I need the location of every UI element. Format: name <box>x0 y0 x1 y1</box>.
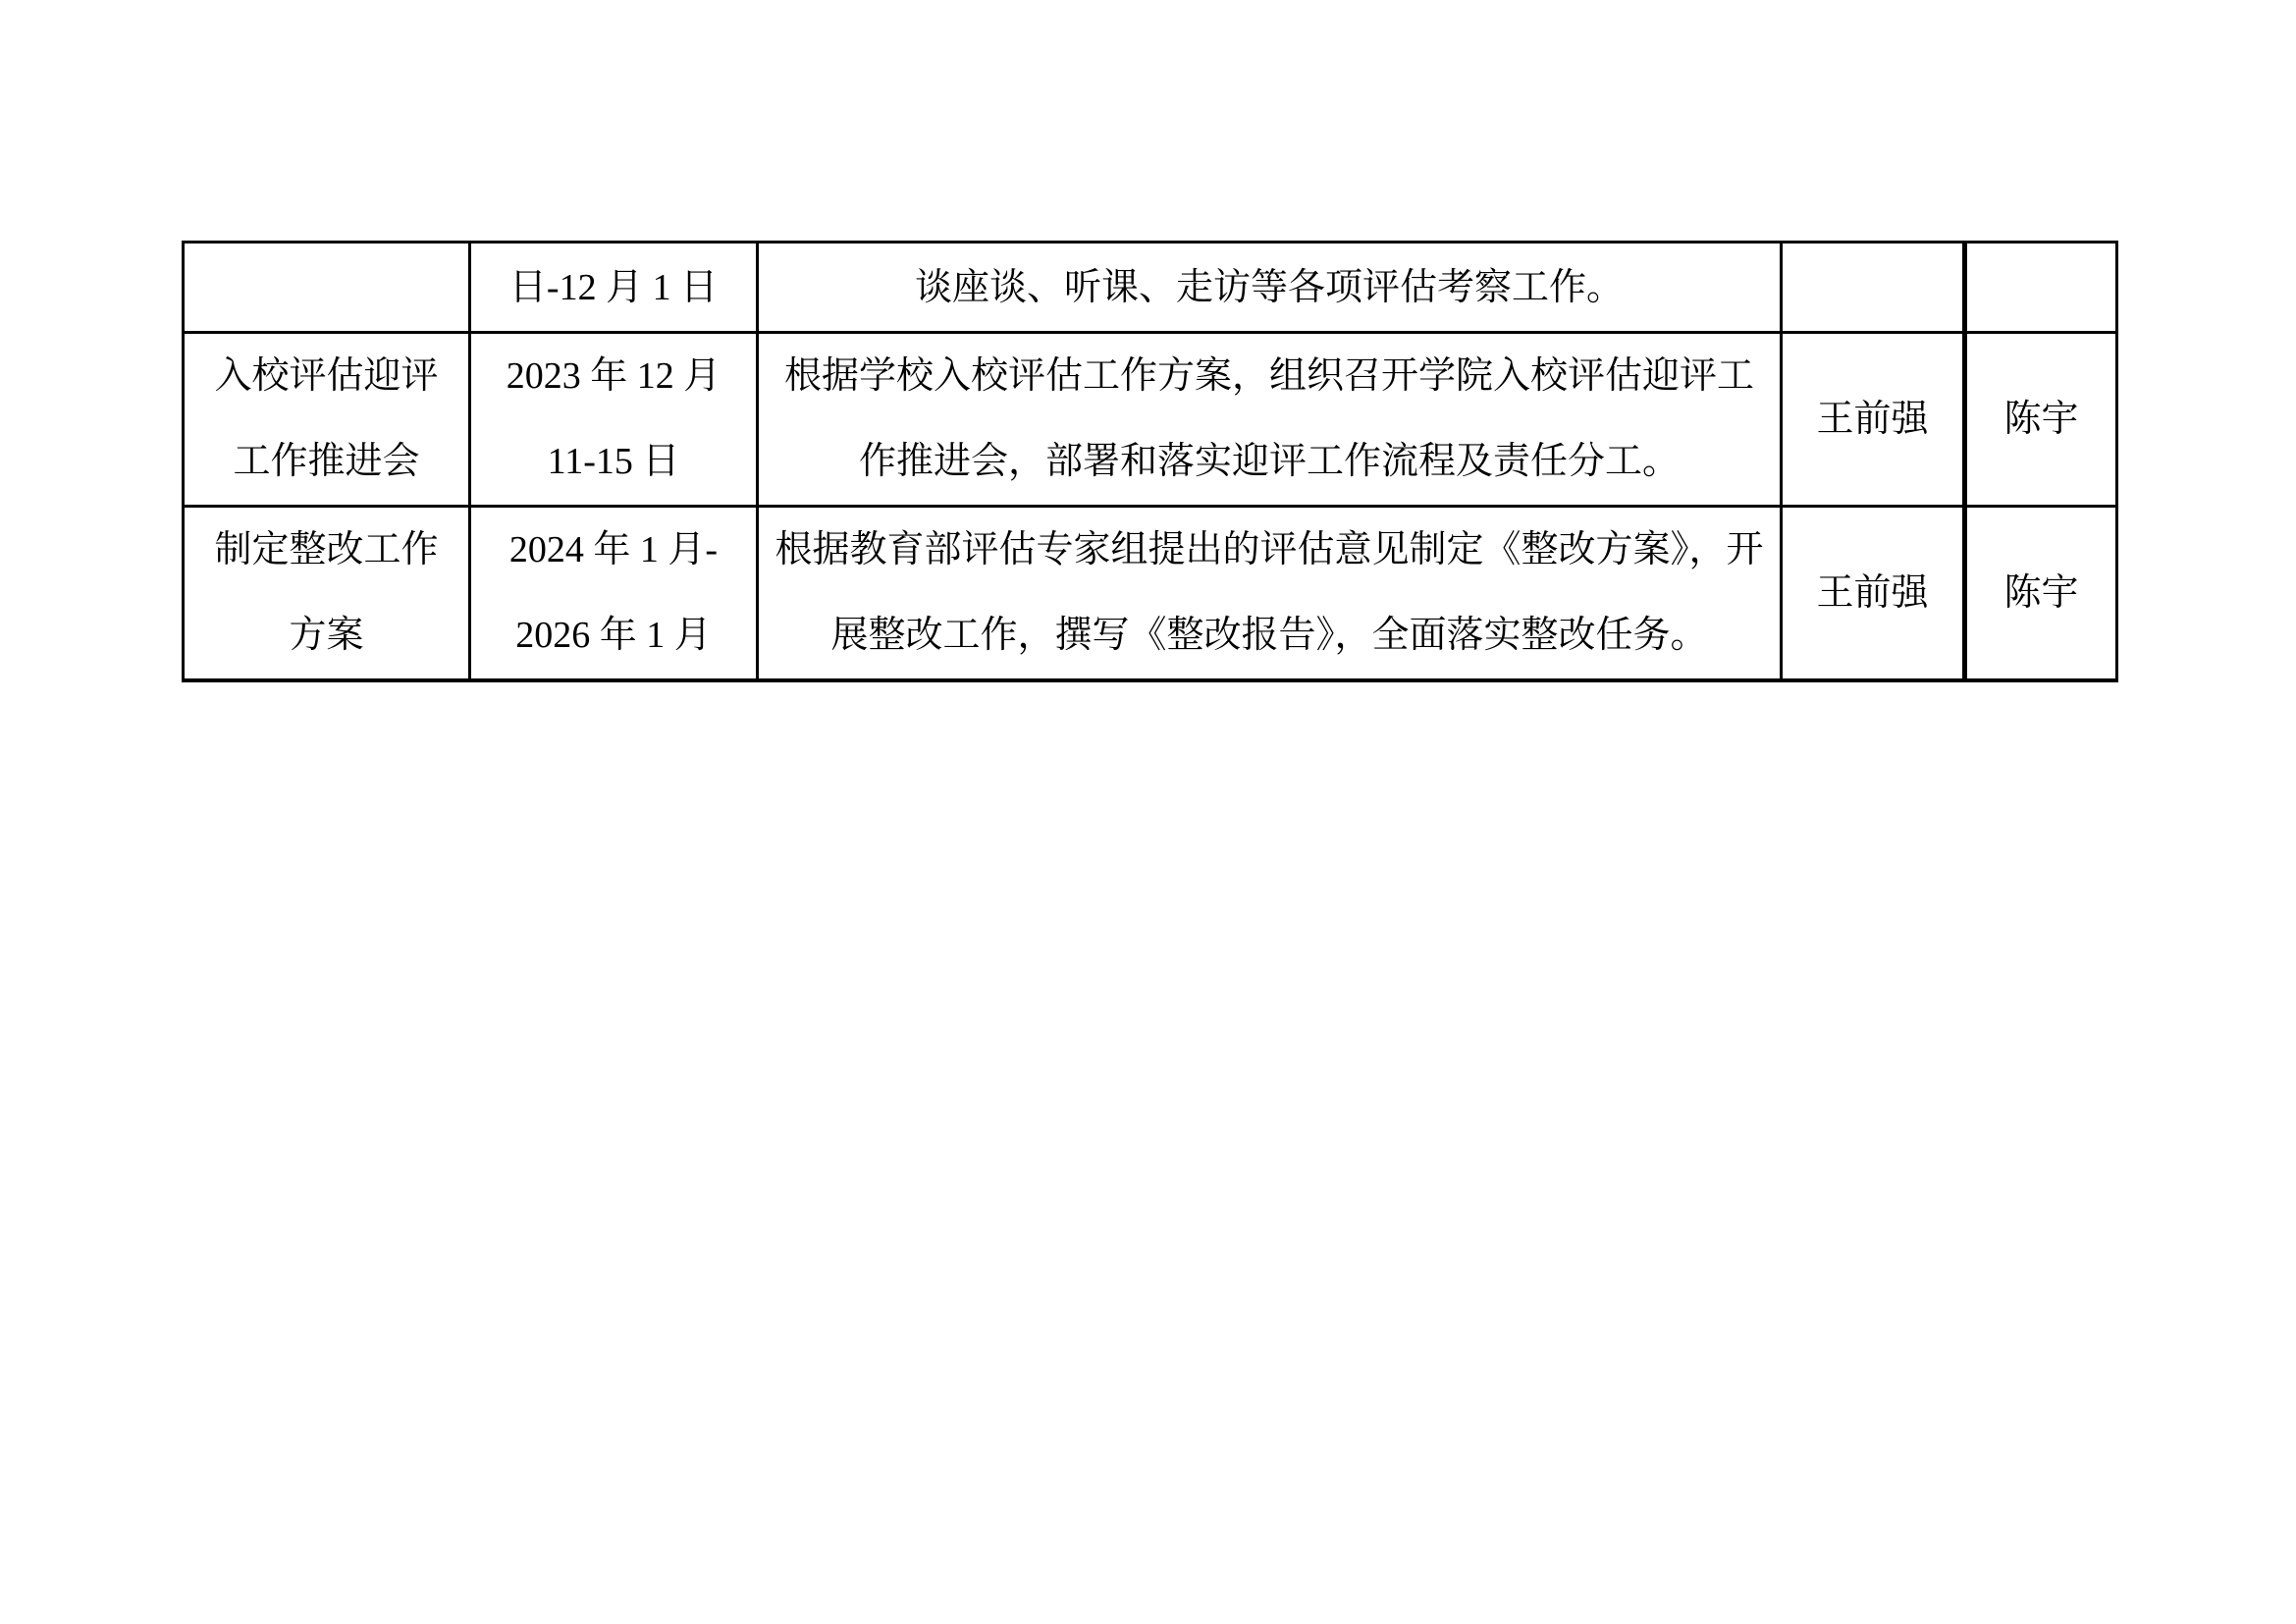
cell-lead-person: 王前强 <box>1782 333 1965 507</box>
cell-dates: 2024 年 1 月- 2026 年 1 月 <box>470 507 758 681</box>
description-line: 谈座谈、听课、走访等各项评估考察工作。 <box>759 245 1780 330</box>
description-line: 展整改工作，撰写《整改报告》，全面落实整改任务。 <box>759 593 1780 678</box>
cell-description: 根据学校入校评估工作方案，组织召开学院入校评估迎评工 作推进会，部署和落实迎评工… <box>758 333 1782 507</box>
cell-task <box>184 243 470 333</box>
date-line: 2023 年 12 月 <box>471 334 756 419</box>
description-line: 根据学校入校评估工作方案，组织召开学院入校评估迎评工 <box>759 334 1780 419</box>
date-line: 2024 年 1 月- <box>471 508 756 593</box>
task-line: 工作推进会 <box>185 419 468 505</box>
cell-assist-person: 陈宇 <box>1965 333 2117 507</box>
cell-task: 制定整改工作 方案 <box>184 507 470 681</box>
cell-task: 入校评估迎评 工作推进会 <box>184 333 470 507</box>
date-line: 11-15 日 <box>471 419 756 505</box>
cell-lead-person <box>1782 243 1965 333</box>
task-line: 入校评估迎评 <box>185 334 468 419</box>
document-page: 日-12 月 1 日 谈座谈、听课、走访等各项评估考察工作。 入校评估迎评 工作… <box>0 0 2296 1624</box>
description-line: 根据教育部评估专家组提出的评估意见制定《整改方案》，开 <box>759 508 1780 593</box>
person-name: 王前强 <box>1783 551 1962 636</box>
cell-assist-person: 陈宇 <box>1965 507 2117 681</box>
cell-description: 谈座谈、听课、走访等各项评估考察工作。 <box>758 243 1782 333</box>
cell-lead-person: 王前强 <box>1782 507 1965 681</box>
cell-dates: 2023 年 12 月 11-15 日 <box>470 333 758 507</box>
person-name: 陈宇 <box>1967 551 2115 636</box>
description-line: 作推进会，部署和落实迎评工作流程及责任分工。 <box>759 419 1780 505</box>
table-row: 制定整改工作 方案 2024 年 1 月- 2026 年 1 月 根据教育部评估… <box>184 507 2117 681</box>
cell-dates: 日-12 月 1 日 <box>470 243 758 333</box>
date-line: 日-12 月 1 日 <box>471 245 756 330</box>
person-name: 王前强 <box>1783 377 1962 462</box>
task-line: 制定整改工作 <box>185 508 468 593</box>
table-row: 入校评估迎评 工作推进会 2023 年 12 月 11-15 日 根据学校入校评… <box>184 333 2117 507</box>
person-name: 陈宇 <box>1967 377 2115 462</box>
date-line: 2026 年 1 月 <box>471 593 756 678</box>
schedule-table: 日-12 月 1 日 谈座谈、听课、走访等各项评估考察工作。 入校评估迎评 工作… <box>182 241 2118 682</box>
cell-description: 根据教育部评估专家组提出的评估意见制定《整改方案》，开 展整改工作，撰写《整改报… <box>758 507 1782 681</box>
task-line: 方案 <box>185 593 468 678</box>
cell-assist-person <box>1965 243 2117 333</box>
table-row: 日-12 月 1 日 谈座谈、听课、走访等各项评估考察工作。 <box>184 243 2117 333</box>
